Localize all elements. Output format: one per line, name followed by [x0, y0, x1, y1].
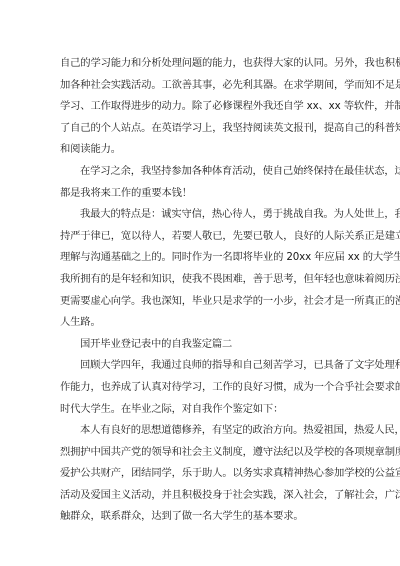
text-line: 烈拥护中国共产党的领导和社会主义制度，遵守法纪以及学校的各项规章制度，: [60, 442, 344, 464]
text-line: 触群众，联系群众，达到了做一名大学生的基本要求。: [60, 506, 344, 528]
text-line: 学习、工作取得进步的动力。除了必修课程外我还自学 xx、xx 等软件，并制作: [60, 96, 344, 118]
text-line: 自己的学习能力和分析处理问题的能力，也获得大家的认同。另外，我也积极参: [60, 53, 344, 75]
text-line: 我所拥有的是年轻和知识，使我不畏困难，善于思考，但年轻也意味着阅历浅，: [60, 269, 344, 291]
text-line: 和阅读能力。: [60, 139, 344, 161]
text-line: 更需要虚心向学。我也深知，毕业只是求学的一小步，社会才是一所真正的漫漫: [60, 291, 344, 313]
paragraph-start-line: 我最大的特点是：诚实守信，热心待人，勇于挑战自我。为人处世上，我坚: [60, 204, 344, 226]
text-line: 持严于律已，宽以待人，若要人敬已，先要已敬人，良好的人际关系正是建立在: [60, 226, 344, 248]
text-line: 爱护公共财产，团结同学，乐于助人。以务实求真精神热心参加学校的公益宣传: [60, 463, 344, 485]
paragraph-start-line: 本人有良好的思想道德修养，有坚定的政治方向。热爱祖国，热爱人民，热: [60, 420, 344, 442]
paragraph-start-line: 回顾大学四年，我通过良师的指导和自己刻苦学习，已具备了文字处理和写: [60, 355, 344, 377]
document-body: 自己的学习能力和分析处理问题的能力，也获得大家的认同。另外，我也积极参 加各种社…: [60, 53, 344, 528]
text-line: 作能力，也养成了认真对待学习，工作的良好习惯，成为一个合乎社会要求的新: [60, 377, 344, 399]
text-line: 加各种社会实践活动。工欲善其事，必先利其器。在求学期间，学而知不足是我: [60, 75, 344, 97]
text-line: 了自己的个人站点。在英语学习上，我坚持阅读英文报刊，提高自己的科普知识: [60, 118, 344, 140]
text-line: 时代大学生。在毕业之际，对自我作个鉴定如下：: [60, 399, 344, 421]
paragraph-start-line: 在学习之余，我坚持参加各种体育活动，使自己始终保持在最佳状态，这些: [60, 161, 344, 183]
section-heading: 国开毕业登记表中的自我鉴定篇二: [60, 334, 344, 356]
text-line: 人生路。: [60, 312, 344, 334]
text-line: 理解与沟通基础之上的。同时作为一名即将毕业的 20xx 年应届 xx 的大学生，: [60, 247, 344, 269]
text-line: 都是我将来工作的重要本钱！: [60, 183, 344, 205]
text-line: 活动及爱国主义活动，并且积极投身于社会实践，深入社会，了解社会，广泛接: [60, 485, 344, 507]
